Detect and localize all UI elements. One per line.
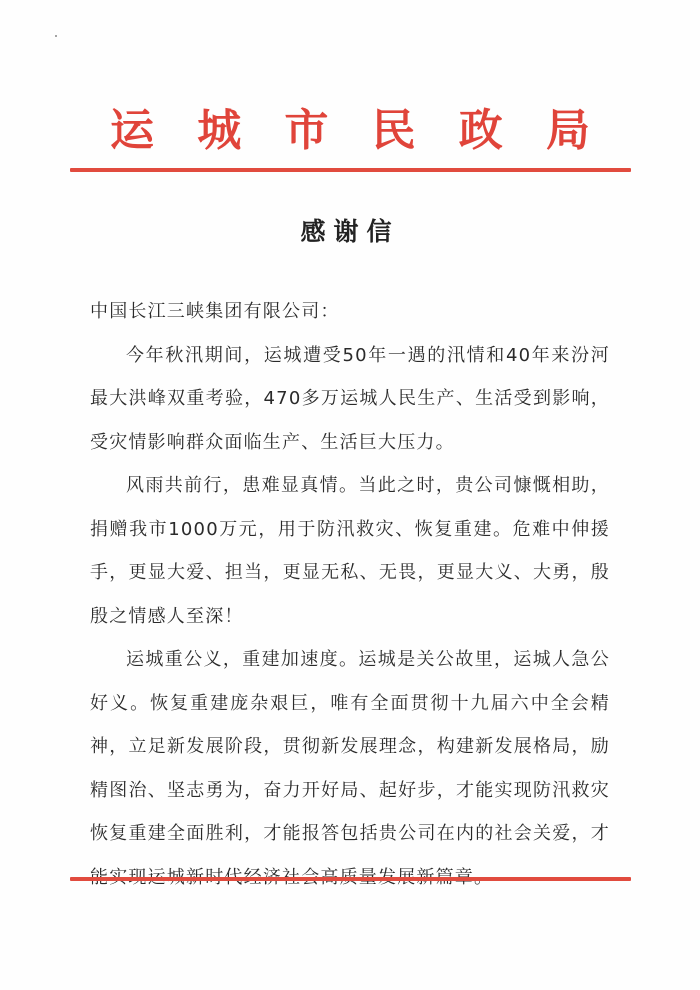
paragraph-donation-thanks: 风雨共前行，患难显真情。当此之时，贵公司慷慨相助，捐赠我市1000万元，用于防汛… xyxy=(90,464,610,638)
footer-red-rule xyxy=(70,877,631,881)
letter-body: 中国长江三峡集团有限公司： 今年秋汛期间，运城遭受50年一遇的汛情和40年来汾河… xyxy=(90,290,610,899)
letterhead-org-name: 运 城 市 民 政 局 xyxy=(70,100,630,162)
paragraph-reconstruction: 运城重公义，重建加速度。运城是关公故里，运城人急公好义。恢复重建庞杂艰巨，唯有全… xyxy=(90,638,610,899)
letterhead-red-rule xyxy=(70,168,631,172)
paragraph-flood-situation: 今年秋汛期间，运城遭受50年一遇的汛情和40年来汾河最大洪峰双重考验，470多万… xyxy=(90,334,610,465)
letterhead-char: 市 xyxy=(284,109,328,153)
letterhead-char: 城 xyxy=(197,109,241,153)
scan-speck xyxy=(55,35,57,37)
letterhead-char: 运 xyxy=(110,109,154,153)
letter-title: 感谢信 xyxy=(0,212,700,248)
salutation: 中国长江三峡集团有限公司： xyxy=(90,290,610,334)
letter-page: 运 城 市 民 政 局 感谢信 中国长江三峡集团有限公司： 今年秋汛期间，运城遭… xyxy=(0,0,700,990)
letterhead-char: 政 xyxy=(459,109,503,153)
letterhead-char: 局 xyxy=(546,109,590,153)
letterhead-char: 民 xyxy=(372,109,416,153)
